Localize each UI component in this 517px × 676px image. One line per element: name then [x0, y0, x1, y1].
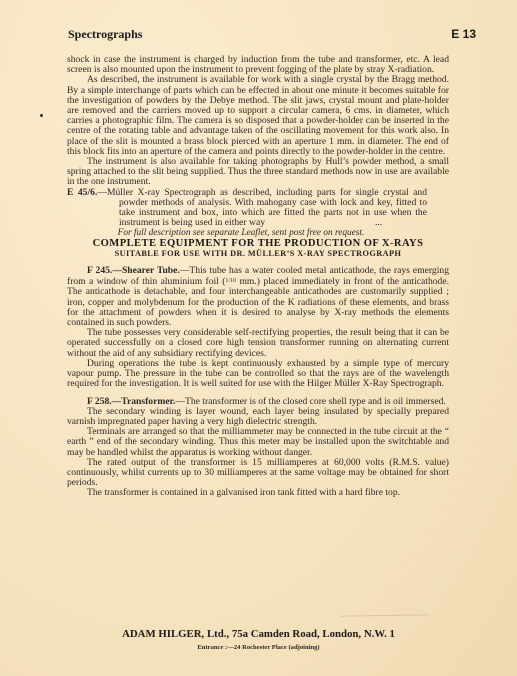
shearer-tube-paragraph: F 245.—Shearer Tube.—This tube has a wat…: [67, 266, 449, 328]
page-series: E: [451, 27, 459, 41]
paragraph-continued: shock in case the instrument is charged …: [67, 55, 449, 75]
paper-scuff: [340, 614, 430, 617]
tube-pump-paragraph: During operations the tube is kept conti…: [67, 359, 449, 390]
catalog-entry-e45-6: E 45/6.—Müller X-ray Spectrograph as des…: [67, 188, 427, 229]
running-head: Spectrographs E 13: [68, 27, 476, 42]
transformer-winding-paragraph: The secondary winding is layer wound, ea…: [67, 407, 449, 427]
transformer-tank-paragraph: The transformer is contained in a galvan…: [67, 488, 449, 498]
ink-spot: [40, 114, 43, 117]
transformer-terminals-paragraph: Terminals are arranged so that the milli…: [67, 427, 449, 458]
catalog-code: E 45/6.: [67, 187, 97, 198]
entrance-note: Entrance :—24 Rochester Place (adjoining…: [0, 644, 517, 651]
catalog-dash: —: [97, 187, 107, 198]
page-number-value: 13: [463, 27, 476, 41]
transformer-name: Transformer.: [121, 396, 175, 407]
foil-fraction: 1/10: [225, 278, 236, 284]
equipment-subheading: SUITABLE FOR USE WITH DR. MÜLLER’S X-RAY…: [67, 249, 449, 259]
equipment-heading: COMPLETE EQUIPMENT FOR THE PRODUCTION OF…: [67, 239, 449, 249]
publisher-imprint: ADAM HILGER, Ltd., 75a Camden Road, Lond…: [0, 628, 517, 640]
tube-rectifying-paragraph: The tube possesses very considerable sel…: [67, 328, 449, 359]
tube-name: Shearer Tube.: [122, 265, 180, 276]
transformer-output-paragraph: The rated output of the transformer is 1…: [67, 458, 449, 489]
transformer-code: F 258.: [87, 396, 112, 407]
tube-code: F 245.: [87, 265, 112, 276]
page-number: E 13: [451, 27, 476, 41]
section-title: Spectrographs: [68, 27, 142, 42]
paragraph-methods: As described, the instrument is availabl…: [67, 75, 449, 157]
paragraph-hull-method: The instrument is also available for tak…: [67, 157, 449, 188]
catalog-page: Spectrographs E 13 shock in case the ins…: [0, 0, 517, 676]
body-text: shock in case the instrument is charged …: [67, 55, 449, 499]
